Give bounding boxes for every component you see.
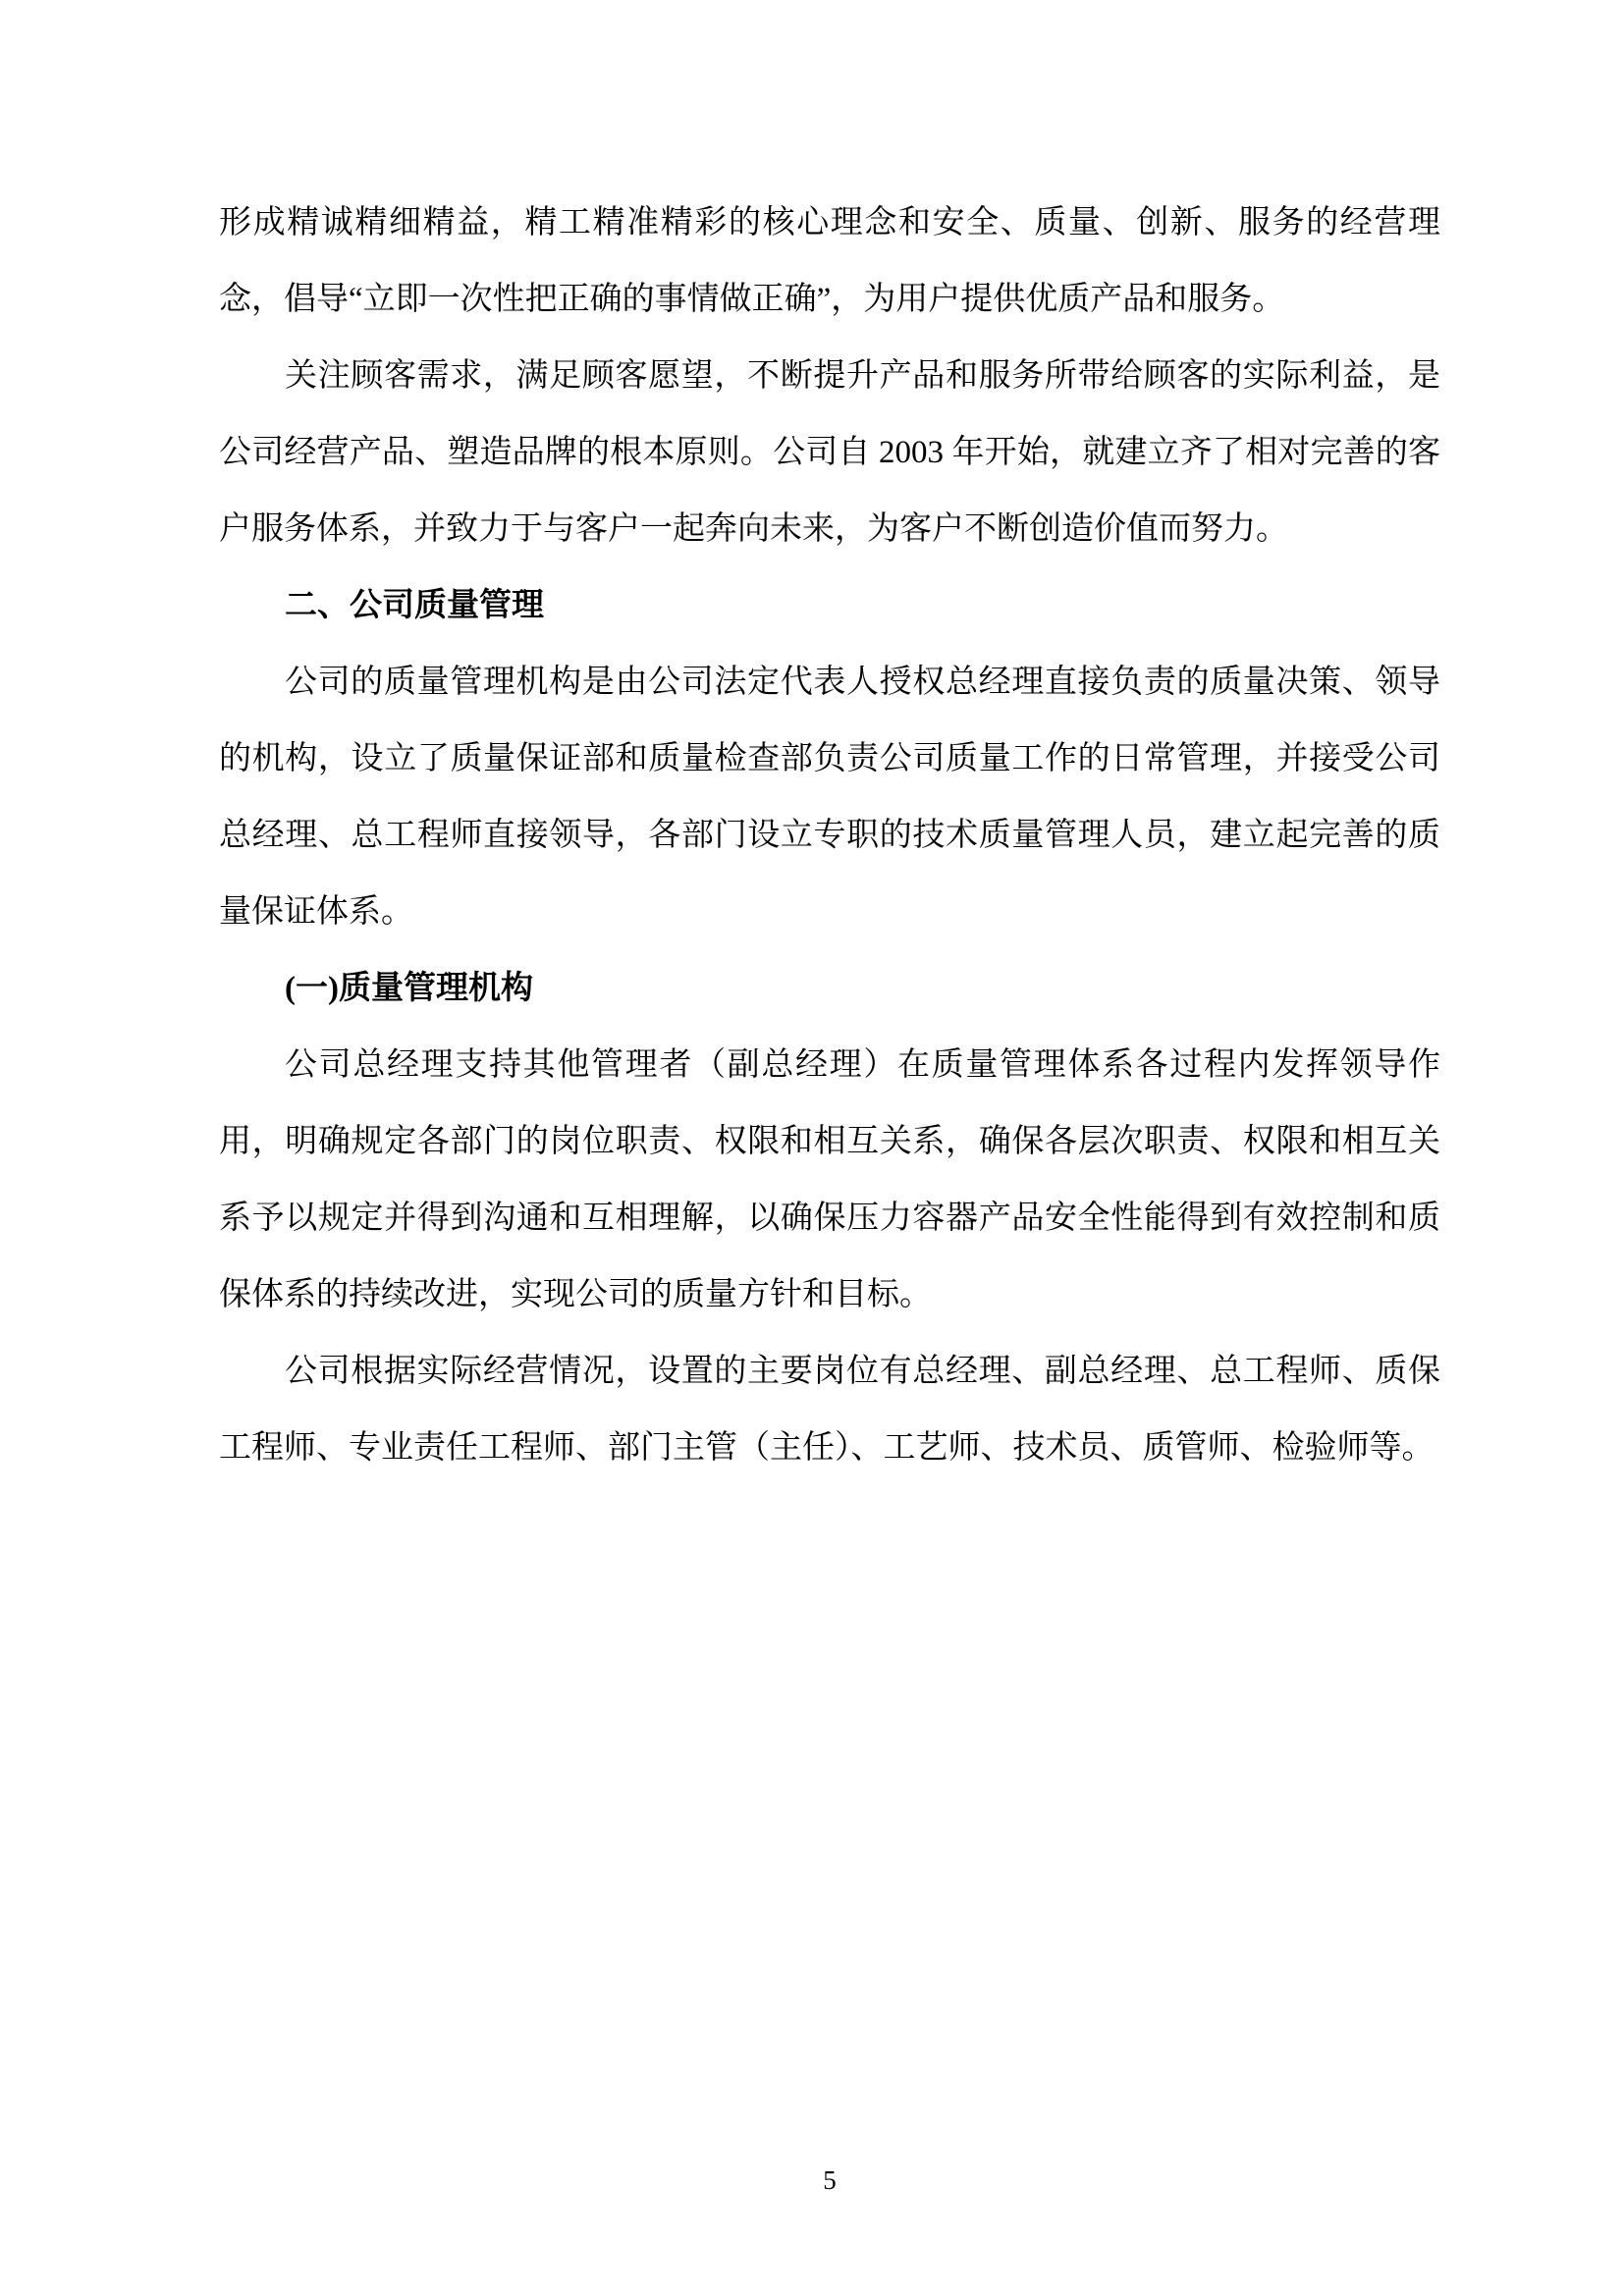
- paragraph-org-structure: 公司的质量管理机构是由公司法定代表人授权总经理直接负责的质量决策、领导的机构，设…: [219, 644, 1440, 950]
- paragraph-core-values: 形成精诚精细精益，精工精准精彩的核心理念和安全、质量、创新、服务的经营理念，倡导…: [219, 185, 1440, 338]
- page-number: 5: [823, 2165, 837, 2195]
- paragraph-positions: 公司根据实际经营情况，设置的主要岗位有总经理、副总经理、总工程师、质保工程师、专…: [219, 1333, 1440, 1486]
- page-footer: 5: [219, 2163, 1440, 2197]
- paragraph-leadership: 公司总经理支持其他管理者（副总经理）在质量管理体系各过程内发挥领导作用，明确规定…: [219, 1027, 1440, 1333]
- heading-subsection-quality-org: (一)质量管理机构: [219, 950, 1440, 1027]
- document-body: 形成精诚精细精益，精工精准精彩的核心理念和安全、质量、创新、服务的经营理念，倡导…: [219, 185, 1440, 1486]
- paragraph-customer-focus: 关注顾客需求，满足顾客愿望，不断提升产品和服务所带给顾客的实际利益，是公司经营产…: [219, 338, 1440, 567]
- document-page: 形成精诚精细精益，精工精准精彩的核心理念和安全、质量、创新、服务的经营理念，倡导…: [0, 0, 1624, 2296]
- heading-section-quality-management: 二、公司质量管理: [219, 567, 1440, 644]
